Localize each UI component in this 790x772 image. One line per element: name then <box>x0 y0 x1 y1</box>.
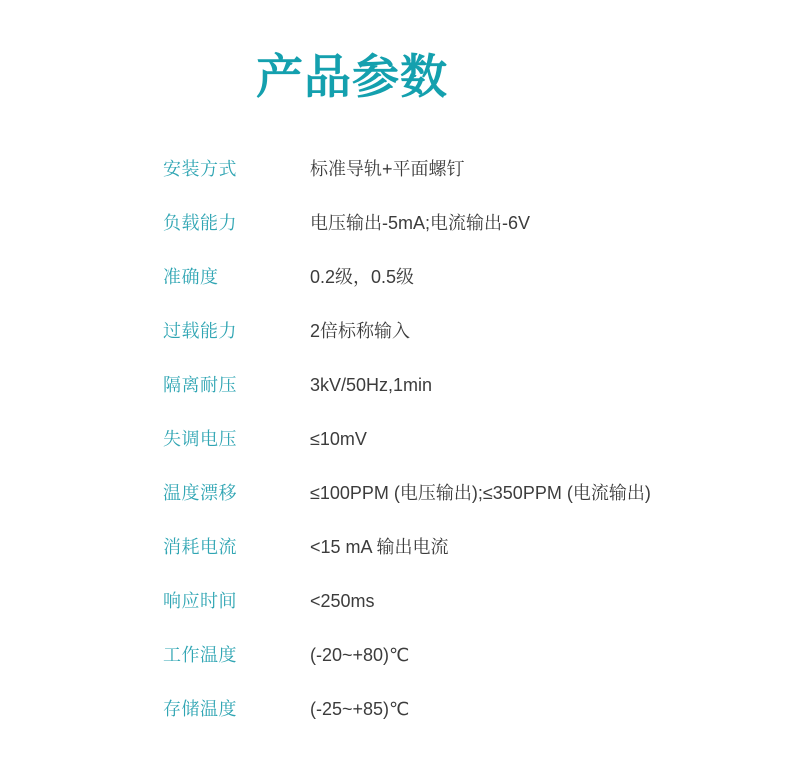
spec-row-overload: 过载能力 2倍标称输入 <box>163 320 790 342</box>
spec-row-isolation-voltage: 隔离耐压 3kV/50Hz,1min <box>163 374 790 396</box>
spec-row-offset-voltage: 失调电压 ≤10mV <box>163 428 790 450</box>
spec-label: 准确度 <box>163 266 310 288</box>
spec-row-current-consumption: 消耗电流 <15 mA 输出电流 <box>163 536 790 558</box>
spec-row-operating-temperature: 工作温度 (-20~+80)℃ <box>163 644 790 666</box>
spec-row-load-capacity: 负载能力 电压输出-5mA;电流输出-6V <box>163 212 790 234</box>
spec-value: <15 mA 输出电流 <box>310 536 449 558</box>
spec-row-accuracy: 准确度 0.2级，0.5级 <box>163 266 790 288</box>
spec-row-temperature-drift: 温度漂移 ≤100PPM (电压输出);≤350PPM (电流输出) <box>163 482 790 504</box>
spec-row-response-time: 响应时间 <250ms <box>163 590 790 612</box>
spec-value: (-25~+85)℃ <box>310 698 409 720</box>
spec-value: (-20~+80)℃ <box>310 644 409 666</box>
spec-value: ≤100PPM (电压输出);≤350PPM (电流输出) <box>310 482 651 504</box>
spec-label: 存储温度 <box>163 698 310 720</box>
spec-row-mounting: 安装方式 标准导轨+平面螺钉 <box>163 158 790 180</box>
spec-value: 电压输出-5mA;电流输出-6V <box>310 212 530 234</box>
spec-value: ≤10mV <box>310 428 367 450</box>
spec-value: <250ms <box>310 590 375 612</box>
spec-value: 3kV/50Hz,1min <box>310 374 432 396</box>
spec-label: 过载能力 <box>163 320 310 342</box>
spec-label: 安装方式 <box>163 158 310 180</box>
spec-label: 失调电压 <box>163 428 310 450</box>
spec-value: 标准导轨+平面螺钉 <box>310 158 465 180</box>
spec-value: 0.2级，0.5级 <box>310 266 414 288</box>
spec-row-storage-temperature: 存储温度 (-25~+85)℃ <box>163 698 790 720</box>
spec-table: 安装方式 标准导轨+平面螺钉 负载能力 电压输出-5mA;电流输出-6V 准确度… <box>163 158 790 720</box>
spec-label: 消耗电流 <box>163 536 310 558</box>
spec-label: 响应时间 <box>163 590 310 612</box>
spec-label: 工作温度 <box>163 644 310 666</box>
spec-label: 隔离耐压 <box>163 374 310 396</box>
spec-label: 温度漂移 <box>163 482 310 504</box>
page-title: 产品参数 <box>0 31 704 100</box>
spec-label: 负载能力 <box>163 212 310 234</box>
spec-value: 2倍标称输入 <box>310 320 410 342</box>
product-parameters-page: 产品参数 安装方式 标准导轨+平面螺钉 负载能力 电压输出-5mA;电流输出-6… <box>0 0 790 772</box>
